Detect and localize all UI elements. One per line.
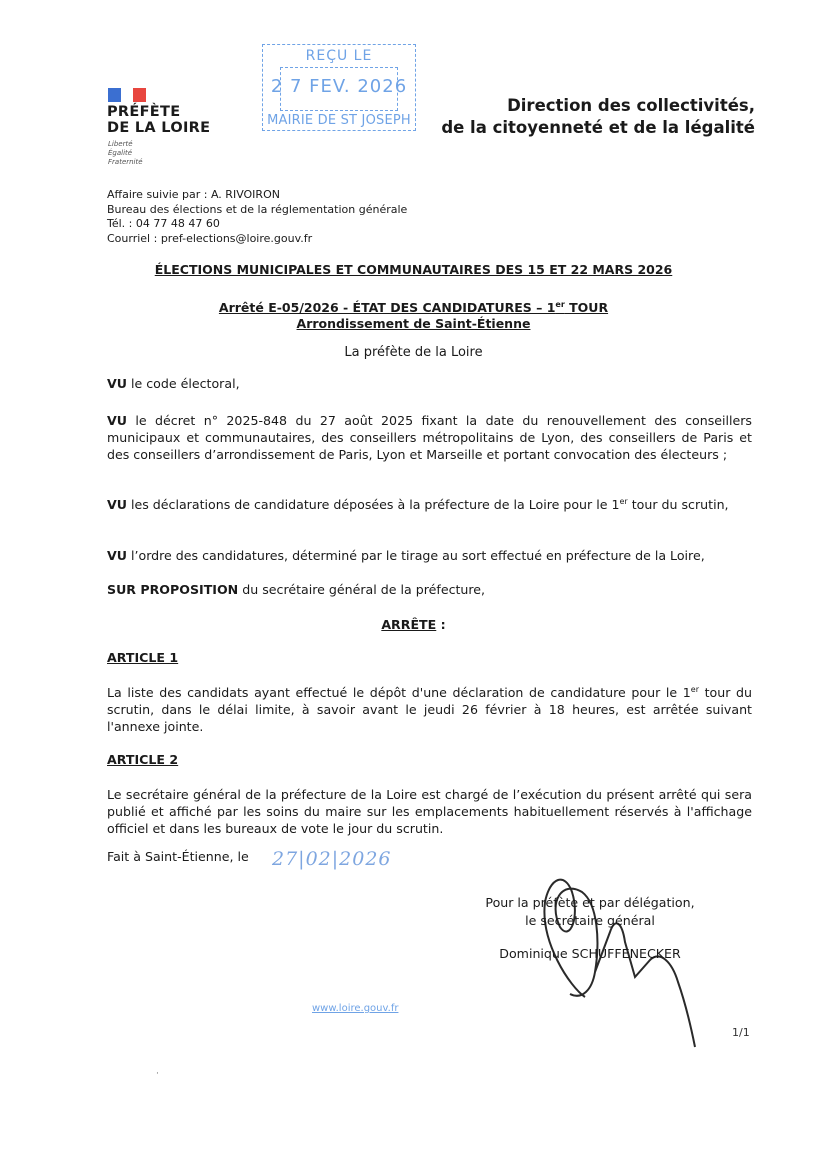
- stamp-mairie: MAIRIE DE ST JOSEPH: [263, 113, 415, 128]
- article-1-text: La liste des candidats ayant effectué le…: [107, 684, 752, 735]
- received-stamp: REÇU LE 2 7 FEV. 2026 MAIRIE DE ST JOSEP…: [262, 44, 416, 131]
- visa-text: l’ordre des candidatures, déterminé par …: [127, 548, 705, 563]
- article-2-heading: ARTICLE 2: [107, 752, 178, 767]
- arrete-suffix: TOUR: [565, 300, 608, 315]
- contact-bureau: Bureau des élections et de la réglementa…: [107, 203, 407, 218]
- signature-title: le secrétaire général: [460, 912, 720, 930]
- visa-lead: VU: [107, 413, 127, 428]
- arrete-prefix: Arrêté E-05/2026 - ÉTAT DES CANDIDATURES…: [219, 300, 556, 315]
- handwritten-date: 27|02|2026: [272, 848, 392, 870]
- page-number: 1/1: [732, 1026, 750, 1039]
- arrondissement-line: Arrondissement de Saint-Étienne: [0, 316, 827, 332]
- visa-sup: er: [619, 497, 627, 506]
- fait-a-line: Fait à Saint-Étienne, le: [107, 848, 249, 865]
- visa-decret: VU le décret n° 2025-848 du 27 août 2025…: [107, 412, 752, 463]
- article-1-sup: er: [691, 685, 699, 694]
- contact-affaire: Affaire suivie par : A. RIVOIRON: [107, 188, 407, 203]
- website-link[interactable]: www.loire.gouv.fr: [312, 1003, 398, 1014]
- arrete-number-line: Arrêté E-05/2026 - ÉTAT DES CANDIDATURES…: [0, 297, 827, 316]
- signature-delegation: Pour la préfète et par délégation,: [460, 894, 720, 912]
- article-1-text-part1: La liste des candidats ayant effectué le…: [107, 685, 691, 700]
- arrete-sup: er: [555, 300, 564, 309]
- visa-lead: VU: [107, 548, 127, 563]
- signatory-name: Dominique SCHUFFENECKER: [460, 946, 720, 961]
- arrete-heading: ARRÊTE :: [0, 617, 827, 632]
- french-flag-icon: [108, 88, 146, 102]
- arrete-title: Arrêté E-05/2026 - ÉTAT DES CANDIDATURES…: [0, 297, 827, 332]
- scan-speck: ·: [156, 1069, 159, 1079]
- visa-text: le décret n° 2025-848 du 27 août 2025 fi…: [107, 413, 752, 462]
- visa-text: du secrétaire général de la préfecture,: [238, 582, 485, 597]
- document-main-title: ÉLECTIONS MUNICIPALES ET COMMUNAUTAIRES …: [0, 262, 827, 277]
- stamp-received-label: REÇU LE: [263, 48, 415, 64]
- visa-code-electoral: VU le code électoral,: [107, 375, 752, 392]
- motto-egalite: Égalité: [108, 149, 143, 158]
- visa-proposition: SUR PROPOSITION du secrétaire général de…: [107, 581, 752, 598]
- arrete-word: ARRÊTE: [381, 617, 436, 632]
- article-2-text: Le secrétaire général de la préfecture d…: [107, 786, 752, 837]
- contact-email: Courriel : pref-elections@loire.gouv.fr: [107, 232, 407, 247]
- contact-block: Affaire suivie par : A. RIVOIRON Bureau …: [107, 188, 407, 246]
- visa-text-after: tour du scrutin,: [628, 497, 729, 512]
- direction-line2: de la citoyenneté et de la légalité: [441, 117, 755, 139]
- visa-text: le code électoral,: [127, 376, 240, 391]
- contact-telephone: Tél. : 04 77 48 47 60: [107, 217, 407, 232]
- prefecture-name-line1: PRÉFÈTE: [107, 104, 210, 120]
- motto-liberte: Liberté: [108, 140, 143, 149]
- article-1-heading: ARTICLE 1: [107, 650, 178, 665]
- prefecture-logo-text: PRÉFÈTE DE LA LOIRE: [107, 104, 210, 136]
- signature-block: Pour la préfète et par délégation, le se…: [460, 894, 720, 930]
- motto-fraternite: Fraternité: [108, 158, 143, 167]
- visa-lead: SUR PROPOSITION: [107, 582, 238, 597]
- direction-title: Direction des collectivités, de la citoy…: [441, 95, 755, 139]
- stamp-date: 2 7 FEV. 2026: [263, 76, 415, 97]
- prefete-heading: La préfète de la Loire: [0, 345, 827, 360]
- visa-lead: VU: [107, 497, 127, 512]
- visa-ordre-candidatures: VU l’ordre des candidatures, déterminé p…: [107, 547, 752, 564]
- visa-lead: VU: [107, 376, 127, 391]
- direction-line1: Direction des collectivités,: [441, 95, 755, 117]
- prefecture-name-line2: DE LA LOIRE: [107, 120, 210, 136]
- arrete-colon: :: [436, 617, 445, 632]
- visa-text: les déclarations de candidature déposées…: [127, 497, 620, 512]
- visa-declarations: VU les déclarations de candidature dépos…: [107, 496, 752, 513]
- republic-motto: Liberté Égalité Fraternité: [108, 140, 143, 167]
